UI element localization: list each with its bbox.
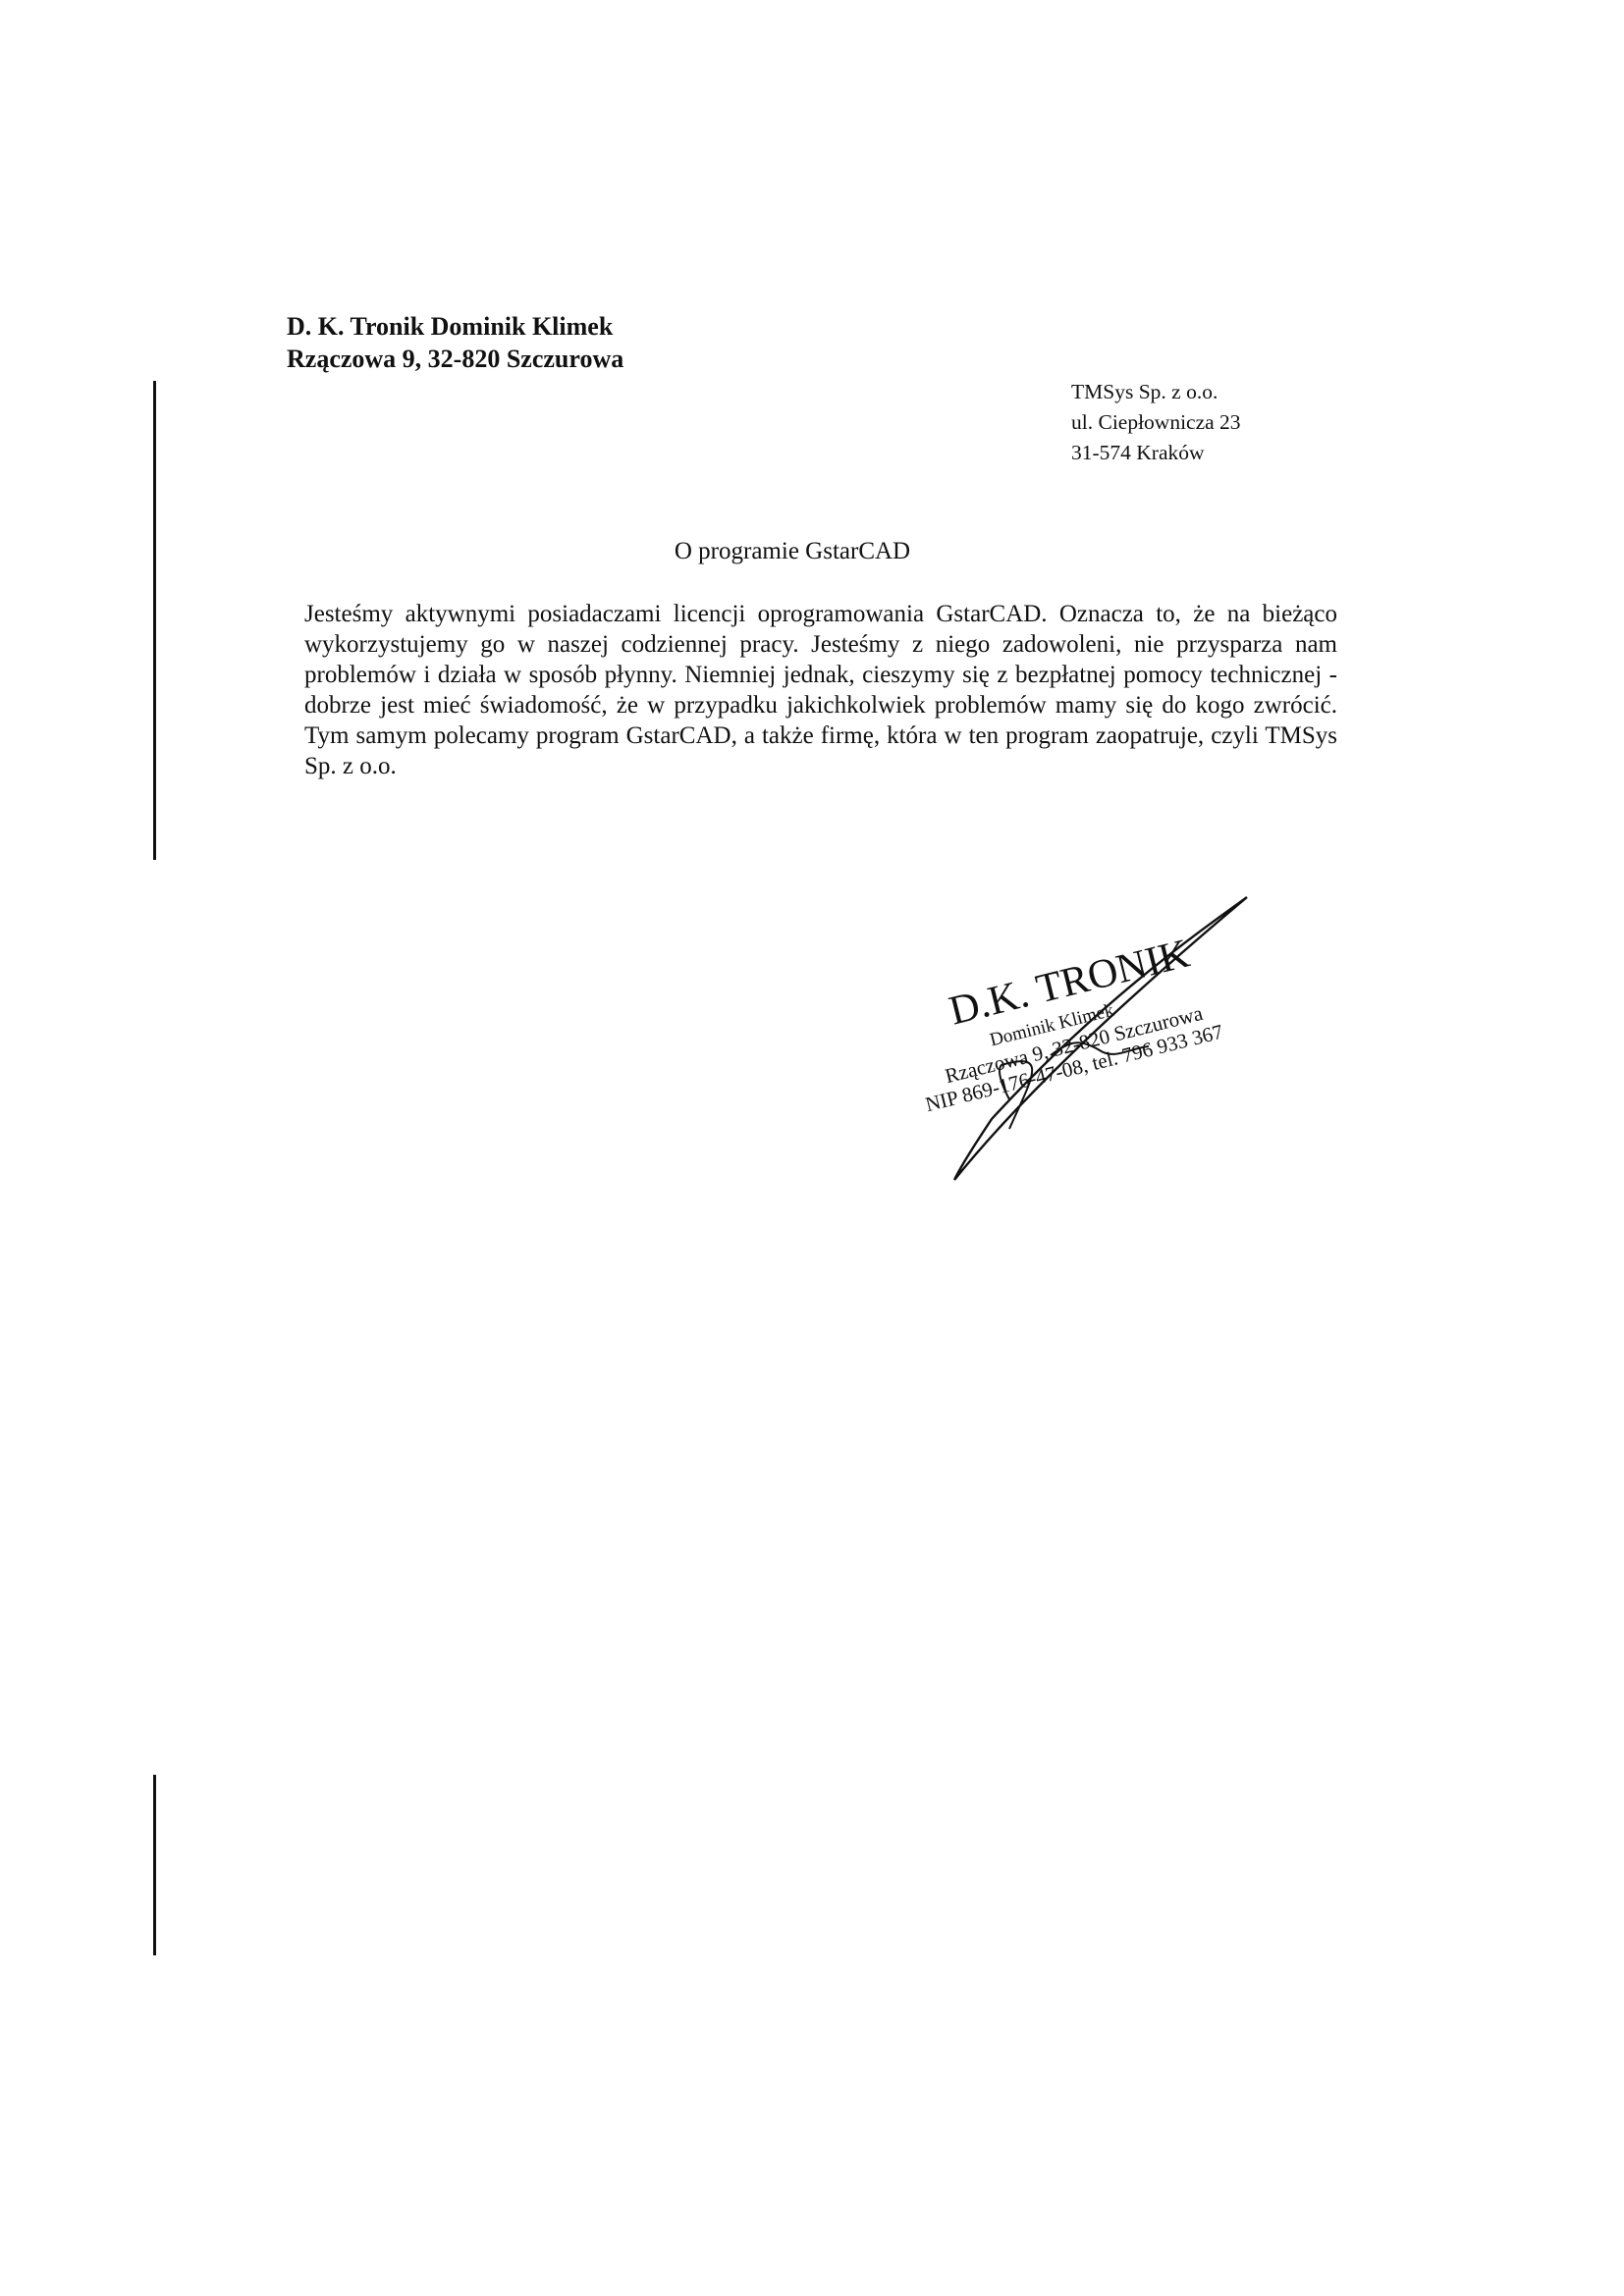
letter-body: Jesteśmy aktywnymi posiadaczami licencji…	[304, 599, 1337, 781]
recipient-street: ul. Ciepłownicza 23	[1071, 407, 1241, 438]
sender-block: D. K. Tronik Dominik Klimek Rzączowa 9, …	[287, 310, 623, 375]
scan-margin-bar-top	[153, 381, 156, 860]
signature-icon	[903, 883, 1276, 1217]
scan-margin-bar-bottom	[153, 1775, 156, 1955]
sender-address: Rzączowa 9, 32-820 Szczurowa	[287, 343, 623, 375]
recipient-city: 31-574 Kraków	[1071, 438, 1241, 468]
recipient-block: TMSys Sp. z o.o. ul. Ciepłownicza 23 31-…	[1071, 377, 1241, 468]
recipient-company: TMSys Sp. z o.o.	[1071, 377, 1241, 407]
sender-name: D. K. Tronik Dominik Klimek	[287, 310, 623, 343]
stamp-and-signature: D.K. TRONIK Dominik Klimek Rzączowa 9, 3…	[903, 883, 1276, 1217]
letter-subject: O programie GstarCAD	[0, 538, 1624, 565]
body-paragraph: Jesteśmy aktywnymi posiadaczami licencji…	[304, 599, 1337, 781]
subject-text: O programie GstarCAD	[675, 538, 910, 564]
